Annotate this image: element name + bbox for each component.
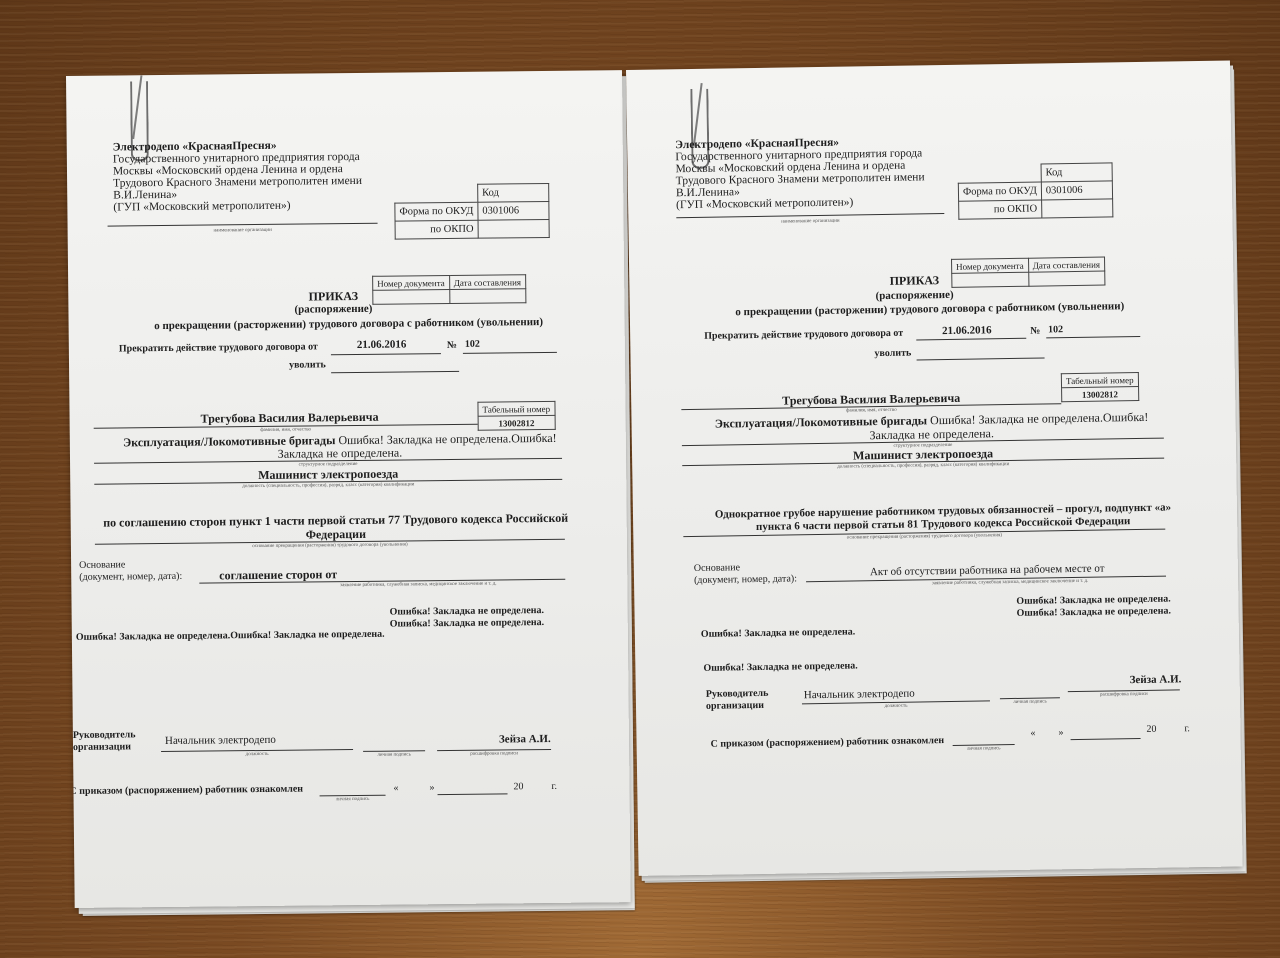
organization-block: Электродепо «КраснаяПресня» Государствен…: [113, 139, 363, 214]
okpo-label: по ОКПО: [395, 220, 478, 239]
docdate-header: Дата составления: [1028, 257, 1105, 272]
dismiss-label: уволить: [874, 348, 911, 360]
ack-signature-caption: личная подпись: [953, 746, 1015, 752]
number-underline: [1046, 336, 1140, 338]
ack-year-suffix: г.: [551, 781, 557, 792]
basis-sublabel: (документ, номер, дата):: [694, 573, 797, 586]
dismiss-underline: [331, 371, 459, 373]
terminate-label: Прекратить действие трудового договора о…: [704, 328, 903, 342]
okud-value: 0301006: [478, 201, 549, 220]
ack-date-underline: [1071, 738, 1141, 740]
number-underline: [463, 352, 557, 354]
head-sublabel: организации: [706, 700, 764, 712]
organization-block: Электродепо «КраснаяПресня» Государствен…: [675, 135, 925, 211]
order-heading: о прекращении (расторжении) трудового до…: [79, 315, 619, 333]
order-subtitle: (распоряжение): [829, 288, 999, 303]
ack-signature-caption: личная подпись: [320, 797, 386, 803]
okpo-value: [478, 219, 549, 238]
okud-label: Форма по ОКУД: [958, 182, 1041, 201]
codes-header: Код: [1041, 163, 1112, 182]
bookmark-error: Ошибка! Закладка не определена.: [703, 660, 858, 673]
order-title: ПРИКАЗ: [849, 272, 979, 289]
number-sign: №: [1030, 326, 1040, 337]
okud-value: 0301006: [1041, 181, 1112, 200]
acknowledgement-label: С приказом (распоряжением) работник озна…: [711, 735, 945, 750]
codes-table: Код Форма по ОКУД0301006 по ОКПО: [958, 162, 1114, 219]
tab-number: 13002812: [1062, 386, 1139, 401]
head-name-caption: расшифровка подписи: [437, 751, 551, 757]
order-subtitle: (распоряжение): [248, 302, 418, 316]
dismissal-order-sheet: Электродепо «КраснаяПресня» Государствен…: [626, 61, 1243, 876]
date-underline: [916, 338, 1026, 341]
dismissal-order-sheet: Электродепо «КраснаяПресня» Государствен…: [66, 70, 631, 908]
ack-date-underline: [438, 793, 508, 795]
codes-table: Код Форма по ОКУД0301006 по ОКПО: [394, 183, 549, 240]
basis-sublabel: (документ, номер, дата):: [79, 571, 182, 583]
head-label: Руководитель: [706, 688, 769, 700]
head-name: Зейза А.И.: [499, 733, 551, 746]
bookmark-error: Ошибка! Закладка не определена.: [1016, 606, 1171, 619]
bookmark-error: Ошибка! Закладка не определена.: [390, 605, 544, 618]
ack-quote-open: «: [393, 783, 398, 794]
acknowledgement-label: С приказом (распоряжением) работник озна…: [69, 784, 303, 797]
org-name-line: (ГУП «Московский метрополитен»): [676, 195, 925, 211]
basis-label: Основание: [79, 559, 125, 570]
org-name-line: (ГУП «Московский метрополитен»): [113, 199, 362, 214]
ack-year: 20: [513, 781, 523, 792]
basis-label: Основание: [694, 562, 740, 574]
tab-number-table: Табельный номер 13002812: [477, 401, 555, 431]
head-position-caption: должность: [161, 751, 353, 758]
head-name-caption: расшифровка подписи: [1068, 691, 1180, 698]
signature-caption: личная подпись: [1000, 699, 1060, 705]
org-caption: наименование организации: [676, 217, 944, 226]
ack-year-suffix: г.: [1184, 723, 1190, 734]
okpo-value: [1041, 199, 1112, 218]
signature-caption: личная подпись: [363, 752, 425, 758]
docnum-header: Номер документа: [952, 258, 1029, 273]
contract-date: 21.06.2016: [942, 324, 992, 337]
dismiss-label: уволить: [289, 359, 326, 370]
okud-label: Форма по ОКУД: [395, 202, 478, 221]
contract-date: 21.06.2016: [357, 338, 407, 351]
bookmark-error: Ошибка! Закладка не определена.Ошибка! З…: [76, 629, 385, 643]
contract-number: 102: [465, 339, 480, 350]
head-name: Зейза А.И.: [1130, 673, 1182, 686]
document-stack-right: Электродепо «КраснаяПресня» Государствен…: [626, 60, 1247, 881]
head-label: Руководитель: [73, 729, 136, 741]
date-underline: [331, 353, 441, 355]
tab-number: 13002812: [478, 415, 555, 430]
org-caption: наименование организации: [108, 227, 378, 235]
bookmark-error: Ошибка! Закладка не определена.: [390, 617, 544, 630]
dismiss-underline: [917, 357, 1045, 360]
tab-number-table: Табельный номер 13002812: [1061, 372, 1139, 402]
order-heading: о прекращении (расторжении) трудового до…: [660, 299, 1200, 319]
docdate-header: Дата составления: [449, 275, 525, 290]
bookmark-error: Ошибка! Закладка не определена.: [701, 626, 856, 639]
tab-number-label: Табельный номер: [1061, 372, 1138, 387]
document-stack-left: Электродепо «КраснаяПресня» Государствен…: [66, 70, 635, 916]
head-sublabel: организации: [73, 741, 131, 753]
org-underline: [108, 223, 378, 227]
ack-year: 20: [1146, 724, 1156, 735]
contract-number: 102: [1048, 324, 1063, 335]
codes-header: Код: [478, 183, 549, 202]
basis-value: Акт об отсутствии работника на рабочем м…: [870, 563, 1105, 579]
ack-quote-close: »: [1058, 727, 1063, 738]
ack-quote-open: «: [1030, 728, 1035, 739]
head-position: Начальник электродепо: [165, 734, 276, 747]
terminate-label: Прекратить действие трудового договора о…: [119, 341, 318, 354]
tab-number-label: Табельный номер: [478, 401, 555, 416]
ack-quote-close: »: [429, 782, 434, 793]
okpo-label: по ОКПО: [959, 200, 1042, 219]
number-sign: №: [447, 340, 457, 351]
head-position: Начальник электродепо: [804, 688, 915, 702]
